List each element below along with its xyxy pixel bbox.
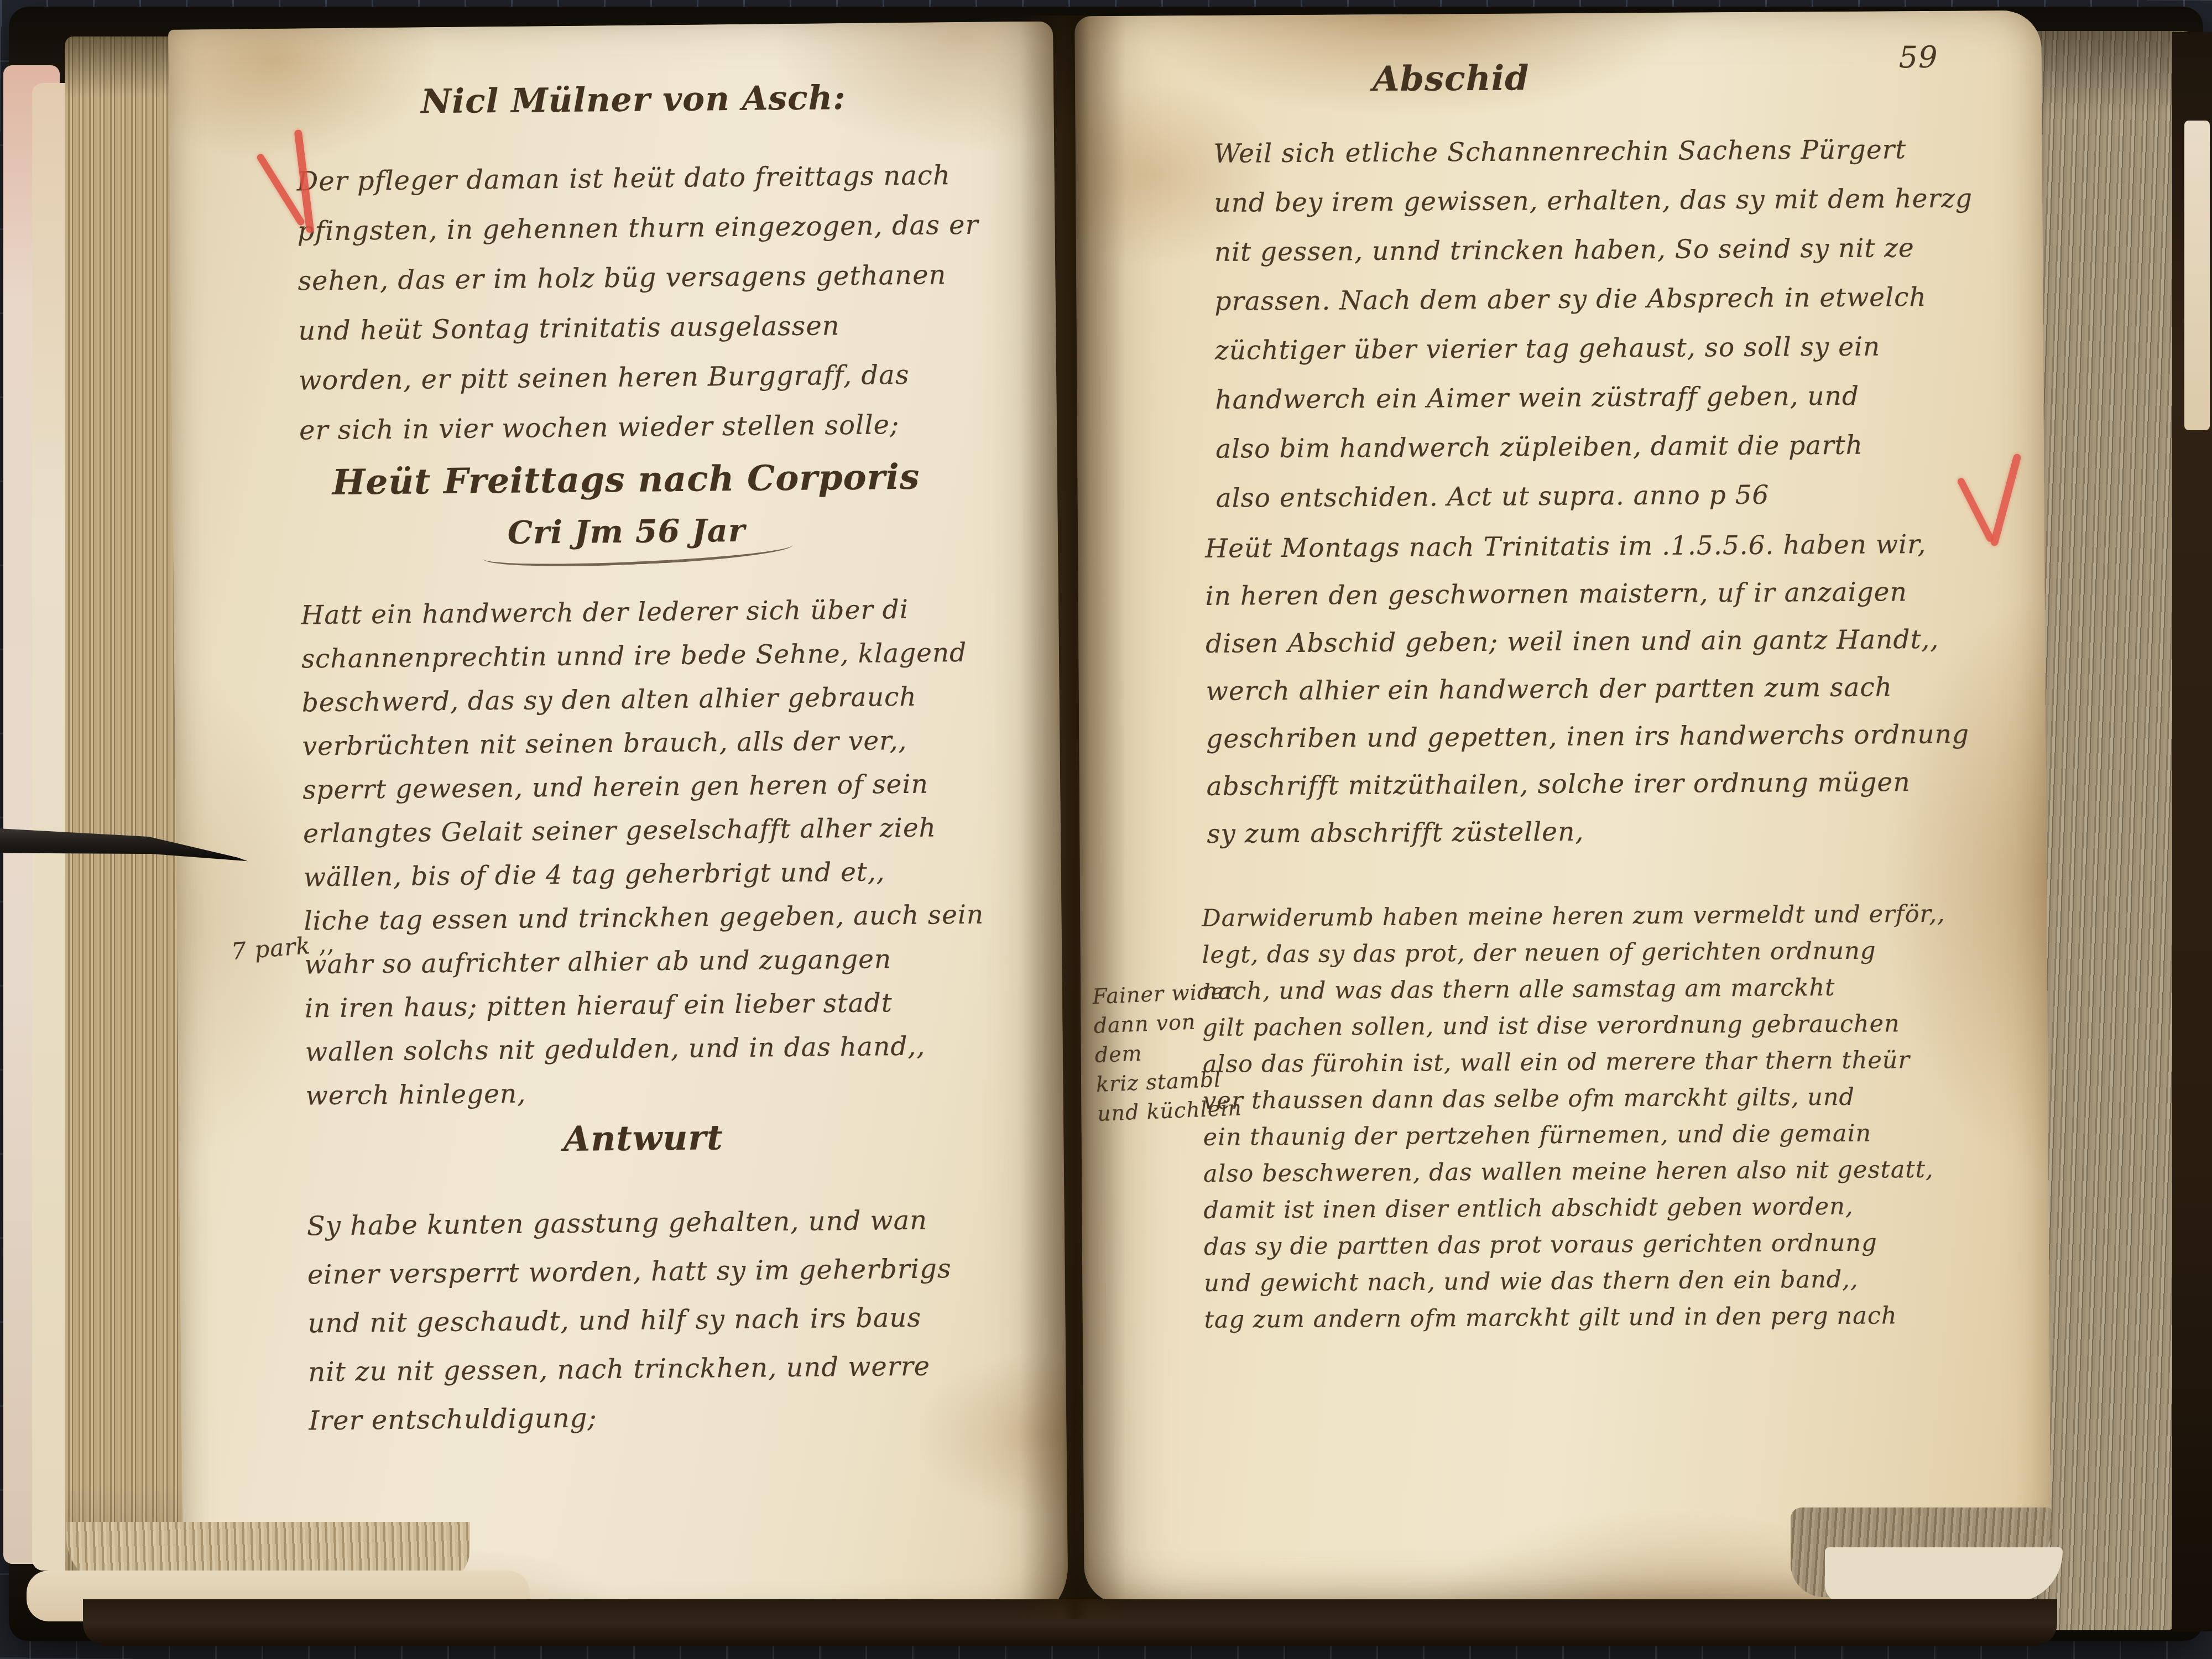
left-fore-edge [65, 36, 185, 1614]
right-paragraph-3: Darwiderumb haben meine heren zum vermel… [1202, 895, 2001, 1338]
right-page-title: Abschid [1230, 57, 1672, 100]
right-paragraph-2: Heüt Montags nach Trinitatis im .1.5.5.6… [1205, 520, 1998, 858]
left-subheading-line1: Heüt Freittags nach Corporis [283, 456, 969, 503]
right-paragraph-1: Weil sich etliche Schannenrechin Sachens… [1213, 124, 1995, 523]
red-checkmark-left [252, 123, 329, 233]
folio-number: 59 [1899, 39, 1971, 75]
right-page-sliver [2184, 121, 2210, 430]
left-paragraph-1: Der pfleger daman ist heüt dato freittag… [296, 149, 1068, 455]
red-checkmark-right [1958, 446, 2035, 551]
red-checkmark-right-long-arm [1990, 453, 2022, 547]
left-page-title: Nicl Mülner von Asch: [301, 77, 966, 123]
left-answer-heading: Antwurt [311, 1115, 975, 1162]
left-paragraph-3: Sy habe kunten gasstung gehalten, und wa… [306, 1194, 1077, 1445]
left-paragraph-2: Hatt ein handwerch der lederer sich über… [301, 586, 1080, 1118]
right-page: 59 Abschid Weil sich etliche Schannenrec… [1074, 11, 2051, 1605]
manuscript-photo: Nicl Mülner von Asch: Der pfleger daman … [0, 0, 2212, 1659]
left-page: Nicl Mülner von Asch: Der pfleger daman … [168, 21, 1068, 1635]
right-margin-note: Fainer wider dann von dem kriz stambl un… [1092, 976, 1253, 1129]
red-checkmark-right-short-arm [1957, 477, 1995, 543]
bottom-cover-edge [83, 1599, 2057, 1646]
bottom-right-page-stack [1825, 1547, 2063, 1603]
